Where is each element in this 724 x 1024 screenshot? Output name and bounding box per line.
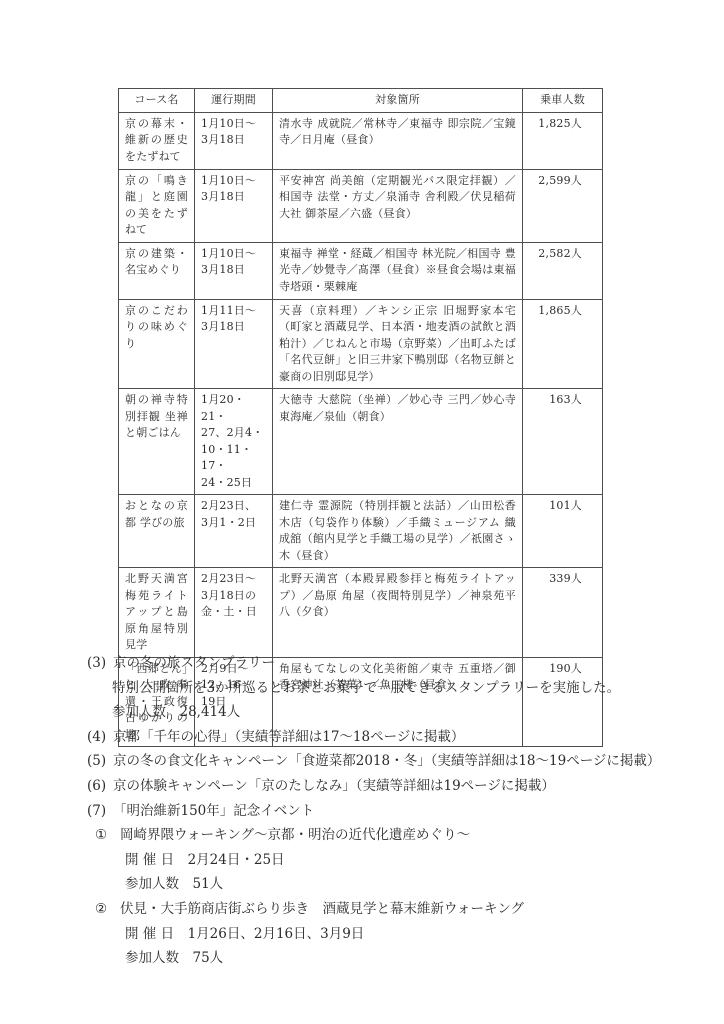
course-table: コース名 運行期間 対象箇所 乗車人数 京の幕末・維新の歴史をたずねて 1月10… bbox=[118, 88, 603, 747]
target-locations: 建仁寺 霊源院（特別拝観と法話）／山田松香木店（匂袋作り体験）／手織ミュージアム… bbox=[273, 495, 523, 568]
target-locations: 東福寺 禅堂・経蔵／相国寺 林光院／相国寺 豊光寺／妙覺寺／髙澤（昼食）※昼食会… bbox=[273, 242, 523, 299]
item-marker: (6) bbox=[87, 774, 113, 799]
target-locations: 平安神宮 尚美館（定期観光バス限定拝観）／相国寺 法堂・方丈／泉涌寺 舎利殿／伏… bbox=[273, 169, 523, 242]
table-row: 北野天満宮梅苑ライトアップと島原角屋特別見学 2月23日～ 3月18日の 金・土… bbox=[119, 568, 603, 658]
list-subitem: ① 岡崎界隈ウォーキング～京都・明治の近代化遺産めぐり～ bbox=[87, 823, 712, 848]
operation-period: 1月20・21・ 27、2月4・ 10・11・17・ 24・25日 bbox=[195, 389, 273, 495]
list-item: (3) 京の冬の旅スタンプラリー bbox=[87, 651, 712, 676]
item-text: 京都「千年の心得」（実績等詳細は17～18ページに掲載） bbox=[113, 725, 464, 750]
item-text: 京の冬の食文化キャンペーン「食遊菜都2018・冬」（実績等詳細は18～19ページ… bbox=[113, 749, 660, 774]
list-subline: 参加人数 28,414人 bbox=[87, 700, 712, 725]
list-item: (5) 京の冬の食文化キャンペーン「食遊菜都2018・冬」（実績等詳細は18～1… bbox=[87, 749, 712, 774]
item-marker: (4) bbox=[87, 725, 113, 750]
header-passengers: 乗車人数 bbox=[523, 89, 603, 113]
list-subline: 参加人数 75人 bbox=[87, 946, 712, 971]
passenger-count: 101人 bbox=[523, 495, 603, 568]
operation-period: 1月10日～ 3月18日 bbox=[195, 242, 273, 299]
passenger-count: 2,599人 bbox=[523, 169, 603, 242]
table-row: 京の建築・名宝めぐり 1月10日～ 3月18日 東福寺 禅堂・経蔵／相国寺 林光… bbox=[119, 242, 603, 299]
header-course-name: コース名 bbox=[119, 89, 195, 113]
course-name: おとなの京都 学びの旅 bbox=[119, 495, 195, 568]
target-locations: 北野天満宮（本殿昇殿参拝と梅苑ライトアップ）／島原 角屋（夜間特別見学）／神泉苑… bbox=[273, 568, 523, 658]
list-item: (7) 「明治維新150年」記念イベント bbox=[87, 799, 712, 824]
item-text: 京の冬の旅スタンプラリー bbox=[113, 651, 275, 676]
item-marker: ① bbox=[95, 823, 120, 848]
passenger-count: 1,825人 bbox=[523, 112, 603, 169]
table-row: 朝の禅寺特別拝観 坐禅と朝ごはん 1月20・21・ 27、2月4・ 10・11・… bbox=[119, 389, 603, 495]
course-name: 朝の禅寺特別拝観 坐禅と朝ごはん bbox=[119, 389, 195, 495]
list-subitem: ② 伏見・大手筋商店街ぶらり歩き 酒蔵見学と幕末維新ウォーキング bbox=[87, 897, 712, 922]
table-row: おとなの京都 学びの旅 2月23日、 3月1・2日 建仁寺 霊源院（特別拝観と法… bbox=[119, 495, 603, 568]
target-locations: 大徳寺 大慈院（坐禅）／妙心寺 三門／妙心寺 東海庵／泉仙（朝食） bbox=[273, 389, 523, 495]
course-name: 京の幕末・維新の歴史をたずねて bbox=[119, 112, 195, 169]
target-locations: 天喜（京料理）／キンシ正宗 旧堀野家本宅（町家と酒蔵見学、日本酒・地麦酒の試飲と… bbox=[273, 299, 523, 389]
operation-period: 1月10日～ 3月18日 bbox=[195, 112, 273, 169]
passenger-count: 339人 bbox=[523, 568, 603, 658]
list-subline: 開 催 日 2月24日・25日 bbox=[87, 848, 712, 873]
course-table-section: コース名 運行期間 対象箇所 乗車人数 京の幕末・維新の歴史をたずねて 1月10… bbox=[118, 88, 603, 747]
target-locations: 清水寺 成就院／常林寺／東福寺 即宗院／宝鏡寺／日月庵（昼食） bbox=[273, 112, 523, 169]
course-name: 京の建築・名宝めぐり bbox=[119, 242, 195, 299]
passenger-count: 1,865人 bbox=[523, 299, 603, 389]
item-text: 京の体験キャンペーン「京のたしなみ」（実績等詳細は19ページに掲載） bbox=[113, 774, 555, 799]
header-locations: 対象箇所 bbox=[273, 89, 523, 113]
item-marker: ② bbox=[95, 897, 120, 922]
notes-list: (3) 京の冬の旅スタンプラリー 特別公開箇所を3か所巡るとお茶とお菓子で一服で… bbox=[87, 651, 712, 971]
operation-period: 2月23日～ 3月18日の 金・土・日 bbox=[195, 568, 273, 658]
passenger-count: 2,582人 bbox=[523, 242, 603, 299]
course-name: 京の「鳴き龍」と庭園の美をたずねて bbox=[119, 169, 195, 242]
operation-period: 1月10日～ 3月18日 bbox=[195, 169, 273, 242]
list-item: (4) 京都「千年の心得」（実績等詳細は17～18ページに掲載） bbox=[87, 725, 712, 750]
item-text: 伏見・大手筋商店街ぶらり歩き 酒蔵見学と幕末維新ウォーキング bbox=[120, 897, 524, 922]
course-name: 北野天満宮梅苑ライトアップと島原角屋特別見学 bbox=[119, 568, 195, 658]
passenger-count: 163人 bbox=[523, 389, 603, 495]
header-period: 運行期間 bbox=[195, 89, 273, 113]
table-row: 京の「鳴き龍」と庭園の美をたずねて 1月10日～ 3月18日 平安神宮 尚美館（… bbox=[119, 169, 603, 242]
table-row: 京のこだわりの味めぐり 1月11日～ 3月18日 天喜（京料理）／キンシ正宗 旧… bbox=[119, 299, 603, 389]
item-marker: (5) bbox=[87, 749, 113, 774]
list-subline: 開 催 日 1月26日、2月16日、3月9日 bbox=[87, 922, 712, 947]
item-marker: (7) bbox=[87, 799, 113, 824]
operation-period: 2月23日、 3月1・2日 bbox=[195, 495, 273, 568]
list-item: (6) 京の体験キャンペーン「京のたしなみ」（実績等詳細は19ページに掲載） bbox=[87, 774, 712, 799]
item-marker: (3) bbox=[87, 651, 113, 676]
list-subline: 特別公開箇所を3か所巡るとお茶とお菓子で一服できるスタンプラリーを実施した。 bbox=[87, 676, 712, 701]
item-text: 「明治維新150年」記念イベント bbox=[113, 799, 314, 824]
item-text: 岡崎界隈ウォーキング～京都・明治の近代化遺産めぐり～ bbox=[120, 823, 470, 848]
list-subline: 参加人数 51人 bbox=[87, 872, 712, 897]
table-header-row: コース名 運行期間 対象箇所 乗車人数 bbox=[119, 89, 603, 113]
course-name: 京のこだわりの味めぐり bbox=[119, 299, 195, 389]
table-row: 京の幕末・維新の歴史をたずねて 1月10日～ 3月18日 清水寺 成就院／常林寺… bbox=[119, 112, 603, 169]
operation-period: 1月11日～ 3月18日 bbox=[195, 299, 273, 389]
